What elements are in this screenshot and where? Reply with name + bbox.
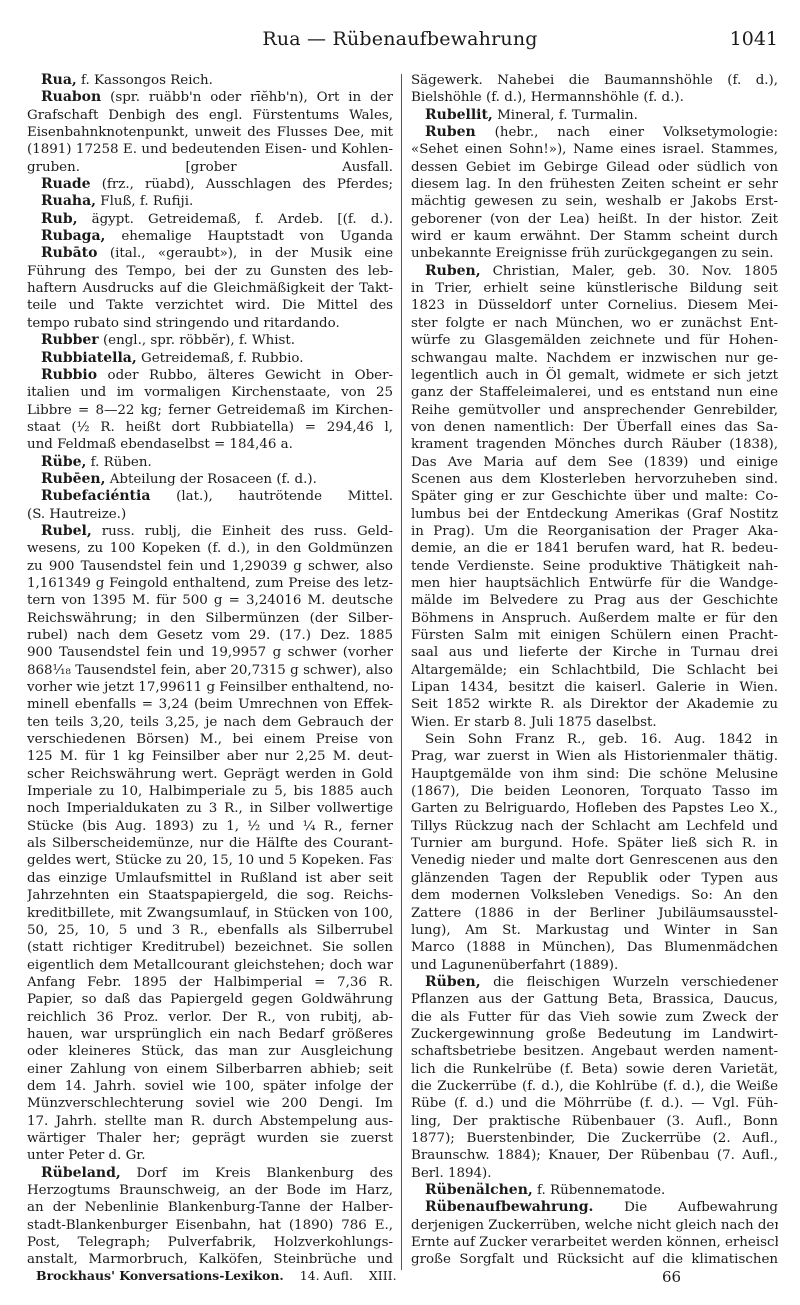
entry-text: unter Peter d. Gr.	[27, 1148, 145, 1163]
entry-headword-line: Ruabon (spr. ruäbb'n oder rīĕhb'n), Ort …	[27, 89, 393, 106]
entry-text: f. Rüben.	[86, 455, 151, 470]
text-line: mächtig gewesen zu sein, weshalb er Jako…	[411, 193, 778, 210]
text-line: Sägewerk. Nahebei die Baumannshöhle (f. …	[411, 72, 778, 89]
text-line: Böhmens in Anspruch. Außerdem malte er f…	[411, 610, 778, 627]
entry-text: Fürsten Salm mit einigen Schülern einen …	[411, 628, 778, 643]
text-line: 50, 25, 10, 5 und 3 R., ebenfalls als Si…	[27, 922, 393, 939]
entry-headword-line: Ruade (frz., rüabd), Ausschlagen des Pfe…	[27, 176, 393, 193]
entry-headword: Rubaga,	[41, 228, 105, 244]
entry-text: große Sorgfalt und Rücksicht auf die kli…	[411, 1252, 778, 1267]
text-line: noch Imperialdukaten zu 3 R., in Silber …	[27, 800, 393, 817]
entry-text: 1823 in Düsseldorf unter Cornelius. Dies…	[411, 298, 778, 313]
entry-text: Turnier am burgund. Hofe. Später ließ si…	[411, 836, 778, 851]
text-line: scher Reichswährung wert. Geprägt werden…	[27, 766, 393, 783]
entry-text: tempo rubato sind stringendo und ritarda…	[27, 316, 340, 331]
running-header: Rua — Rübenaufbewahrung 1041	[0, 28, 800, 52]
entry-text: (engl., spr. röbbĕr), f. Whist.	[99, 333, 295, 348]
text-line: haftern Ausdrucks auf die Gleichmäßigkei…	[27, 280, 393, 297]
entry-text: diesem lag. In den frühesten Zeiten sche…	[411, 177, 778, 192]
text-line: Seit 1852 wirkte R. als Direktor der Aka…	[411, 696, 778, 713]
text-line: kreditbillete, mit Zwangsumlauf, in Stüc…	[27, 905, 393, 922]
text-line: Wien. Er starb 8. Juli 1875 daselbst.	[411, 714, 778, 731]
text-line: 17. Jahrh. stellte man R. durch Abstempe…	[27, 1113, 393, 1130]
entry-headword: Rübe,	[41, 454, 86, 470]
text-line: zu 900 Tausendstel fein und 1,29039 g sc…	[27, 558, 393, 575]
text-line: Bielshöhle (f. d.), Hermannshöhle (f. d.…	[411, 89, 778, 106]
entry-headword: Rubēen,	[41, 471, 105, 487]
text-line: men hier hauptsächlich Entwürfe für die …	[411, 575, 778, 592]
entry-text: 125 M. für 1 kg Feinsilber aber nur 2,25…	[27, 749, 393, 764]
text-line: schwangau malte. Nachdem er inzwischen n…	[411, 350, 778, 367]
entry-text: lung), Am St. Markustag und Winter in Sa…	[411, 923, 778, 938]
text-line: staat (½ R. heißt dort Rubbiatella) = 29…	[27, 419, 393, 436]
entry-text: in Trier, erhielt seine künstlerische Bi…	[411, 281, 778, 296]
entry-text: dessen Gebiet im Gebirge Gilead oder süd…	[411, 160, 778, 175]
entry-text: oder Rubbo, älteres Gewicht in Ober-	[97, 368, 393, 383]
text-line: hauen, war ursprünglich ein nach Bedarf …	[27, 1026, 393, 1043]
entry-text: kreditbillete, mit Zwangsumlauf, in Stüc…	[27, 906, 393, 921]
text-line: Zattere (1886 in der Berliner Jubiläumsa…	[411, 905, 778, 922]
text-line: in Trier, erhielt seine künstlerische Bi…	[411, 280, 778, 297]
entry-text: ganz der Staffeleimalerei, und es entsta…	[411, 385, 778, 400]
text-line: die als Futter für das Vieh sowie zum Zw…	[411, 1009, 778, 1026]
text-line: als Silberscheidemünze, nur die Hälfte d…	[27, 835, 393, 852]
text-line: anstalt, Marmorbruch, Kalköfen, Steinbrü…	[27, 1251, 393, 1268]
entry-text: (S. Hautreize.)	[27, 507, 126, 522]
entry-text: (spr. ruäbb'n oder rīĕhb'n), Ort in der	[101, 90, 393, 105]
text-line: ten teils 3,20, teils 3,25, je nach dem …	[27, 714, 393, 731]
entry-text: tende Verdienste. Seine produktive Thäti…	[411, 559, 778, 574]
entry-text: Anfang Febr. 1895 der Halbimperial = 7,3…	[27, 975, 393, 990]
entry-text: die Zuckerrübe (f. d.), die Kohlrübe (f.…	[411, 1079, 778, 1094]
text-line: Garten zu Belriguardo, Hofleben des Paps…	[411, 800, 778, 817]
text-line: große Sorgfalt und Rücksicht auf die kli…	[411, 1251, 778, 1268]
entry-text: (ital., «geraubt»), in der Musik eine	[97, 246, 393, 261]
text-line: (statt richtiger Kreditrubel) bezeichnet…	[27, 939, 393, 956]
text-line: Pflanzen aus der Gattung Beta, Brassica,…	[411, 991, 778, 1008]
text-line: schaftsbetriebe besitzen. Angebaut werde…	[411, 1043, 778, 1060]
text-line: Anfang Febr. 1895 der Halbimperial = 7,3…	[27, 974, 393, 991]
entry-text: derjenigen Zuckerrüben, welche nicht gle…	[411, 1218, 778, 1233]
entry-headword-line: Rubber (engl., spr. röbbĕr), f. Whist.	[27, 332, 393, 349]
entry-text: an der Nebenlinie Blankenburg-Tanne der …	[27, 1200, 393, 1215]
entry-headword-line: Rübenaufbewahrung. Die Aufbewahrung	[411, 1199, 778, 1216]
entry-text: f. Rübennematode.	[533, 1183, 666, 1198]
entry-text: ehemalige Hauptstadt von Uganda	[105, 229, 393, 244]
left-column: Rua, f. Kassongos Reich.Ruabon (spr. ruä…	[27, 72, 393, 1269]
entry-headword: Rübeland,	[41, 1165, 121, 1181]
entry-headword: Rübenaufbewahrung.	[425, 1199, 593, 1215]
entry-text: als Silberscheidemünze, nur die Hälfte d…	[27, 836, 393, 851]
entry-text: wärtiger Thaler her; geprägt wurden sie …	[27, 1131, 393, 1146]
text-line: tende Verdienste. Seine produktive Thäti…	[411, 558, 778, 575]
text-line: (S. Hautreize.)	[27, 506, 393, 523]
text-line: dessen Gebiet im Gebirge Gilead oder süd…	[411, 159, 778, 176]
entry-text: staat (½ R. heißt dort Rubbiatella) = 29…	[27, 420, 393, 435]
entry-text: dem modernen Volksleben Venedigs. So: An…	[411, 888, 778, 903]
text-line: Lipan 1434, besitzt die kaiserl. Galerie…	[411, 679, 778, 696]
page-number: 1041	[730, 28, 778, 50]
text-line: Grafschaft Denbigh des engl. Fürstentums…	[27, 107, 393, 124]
entry-text: verschiedenen Börsen) M., bei einem Prei…	[27, 732, 393, 747]
right-column: Sägewerk. Nahebei die Baumannshöhle (f. …	[411, 72, 778, 1269]
entry-headword: Rubāto	[41, 245, 97, 261]
entry-text: ten teils 3,20, teils 3,25, je nach dem …	[27, 715, 393, 730]
text-line: Reihe gemütvoller und ansprechender Genr…	[411, 402, 778, 419]
entry-headword: Rub,	[41, 211, 77, 227]
text-line: geldes wert, Stücke zu 20, 15, 10 und 5 …	[27, 852, 393, 869]
text-line: 1877); Buerstenbinder, Die Zuckerrübe (2…	[411, 1130, 778, 1147]
entry-text: Braunschw. 1884); Knauer, Der Rübenbau (…	[411, 1148, 778, 1163]
entry-text: Christian, Maler, geb. 30. Nov. 1805	[481, 264, 778, 279]
entry-text: Jahrzehnten ein Staatspapiergeld, die so…	[27, 888, 393, 903]
entry-text: Ernte auf Zucker verarbeitet werden könn…	[411, 1235, 778, 1250]
entry-headword: Ruben	[425, 124, 476, 140]
text-line: in Prag). Um die Reorganisation der Prag…	[411, 523, 778, 540]
entry-text: Garten zu Belriguardo, Hofleben des Paps…	[411, 801, 778, 816]
text-line: (1867), Die beiden Leonoren, Torquato Ta…	[411, 783, 778, 800]
text-line: unbekannte Ereignisse früh zurückgegange…	[411, 245, 778, 262]
text-line: Hauptgemälde von ihm sind: Die schöne Me…	[411, 766, 778, 783]
entry-text: Das Ave Maria auf dem See (1839) und ein…	[411, 455, 778, 470]
entry-text: Scenen aus dem Klosterleben hervorzuhebe…	[411, 472, 778, 487]
entry-text: Prag, war zuerst in Wien als Historienma…	[411, 749, 778, 764]
text-line: Reichswährung; in den Silbermünzen (der …	[27, 610, 393, 627]
entry-headword-line: Rubbiatella, Getreidemaß, f. Rubbio.	[27, 350, 393, 367]
entry-text: das einzige Umlaufsmittel in Rußland ist…	[27, 871, 393, 886]
column-divider	[401, 74, 402, 1270]
text-line: Sein Sohn Franz R., geb. 16. Aug. 1842 i…	[411, 731, 778, 748]
text-line: wesens, zu 100 Kopeken (f. d.), in den G…	[27, 540, 393, 557]
entry-headword-line: Ruaha, Fluß, f. Rufiji.	[27, 193, 393, 210]
printer-signature: 66	[662, 1268, 681, 1286]
entry-text: Papier, so daß das Papiergeld gegen Gold…	[27, 992, 393, 1007]
text-line: Prag, war zuerst in Wien als Historienma…	[411, 748, 778, 765]
text-line: Stücke (bis Aug. 1893) zu 1, ½ und ¼ R.,…	[27, 818, 393, 835]
entry-text: Führung des Tempo, bei der zu Gunsten de…	[27, 264, 393, 279]
entry-text: reichlich 36 Proz. verlor. Der R., von r…	[27, 1010, 393, 1025]
entry-text: Bielshöhle (f. d.), Hermannshöhle (f. d.…	[411, 90, 684, 105]
text-line: italien und im vormaligen Kirchenstaate,…	[27, 384, 393, 401]
text-line: reichlich 36 Proz. verlor. Der R., von r…	[27, 1009, 393, 1026]
text-line: Fürsten Salm mit einigen Schülern einen …	[411, 627, 778, 644]
entry-headword: Ruben,	[425, 263, 481, 279]
text-line: oder kleineres Stück, das man zur Ausgle…	[27, 1043, 393, 1060]
entry-text: (hebr., nach einer Volksetymologie:	[476, 125, 778, 140]
text-line: lich die Runkelrübe (f. Beta) sowie dere…	[411, 1061, 778, 1078]
entry-text: schwangau malte. Nachdem er inzwischen n…	[411, 351, 778, 366]
entry-text: legentlich auch in Öl gemalt, widmete er…	[411, 368, 778, 383]
text-line: ling, Der praktische Rübenbauer (3. Aufl…	[411, 1113, 778, 1130]
entry-text: und Lagunenüberfahrt (1889).	[411, 958, 618, 973]
entry-text: rubel) nach dem Gesetz vom 29. (17.) Dez…	[27, 628, 393, 643]
entry-text: zu 900 Tausendstel fein und 1,29039 g sc…	[27, 559, 393, 574]
text-line: «Sehet einen Sohn!»), Name eines israel.…	[411, 141, 778, 158]
entry-text: lumbus bei der Entdeckung Amerikas (Graf…	[411, 507, 778, 522]
text-line: 900 Tausendstel fein und 19,9957 g schwe…	[27, 644, 393, 661]
text-line: von denen namentlich: Der Überfall eines…	[411, 419, 778, 436]
entry-text: Getreidemaß, f. Rubbio.	[137, 351, 304, 366]
entry-text: Zuckergewinnung große Bedeutung im Landw…	[411, 1027, 778, 1042]
text-line: Post, Telegraph; Pulverfabrik, Holzverko…	[27, 1234, 393, 1251]
entry-text: ling, Der praktische Rübenbauer (3. Aufl…	[411, 1114, 778, 1129]
text-line: stadt-Blankenburger Eisenbahn, hat (1890…	[27, 1217, 393, 1234]
entry-text: Eisenbahnknotenpunkt, unweit des Flusses…	[27, 125, 393, 140]
entry-text: mächtig gewesen zu sein, weshalb er Jako…	[411, 194, 778, 209]
text-line: Zuckergewinnung große Bedeutung im Landw…	[411, 1026, 778, 1043]
entry-text: minell ebenfalls = 3,24 (beim Umrechnen …	[27, 697, 393, 712]
entry-text: Pflanzen aus der Gattung Beta, Brassica,…	[411, 992, 778, 1007]
entry-text: Zattere (1886 in der Berliner Jubiläumsa…	[411, 906, 778, 921]
entry-text: ster folgte er nach München, wo er zunäc…	[411, 316, 778, 331]
entry-headword-line: Ruben (hebr., nach einer Volksetymologie…	[411, 124, 778, 141]
text-line: tempo rubato sind stringendo und ritarda…	[27, 315, 393, 332]
text-line: an der Nebenlinie Blankenburg-Tanne der …	[27, 1199, 393, 1216]
entry-text: 1877); Buerstenbinder, Die Zuckerrübe (2…	[411, 1131, 778, 1146]
text-line: lung), Am St. Markustag und Winter in Sa…	[411, 922, 778, 939]
entry-text: haftern Ausdrucks auf die Gleichmäßigkei…	[27, 281, 393, 296]
entry-text: italien und im vormaligen Kirchenstaate,…	[27, 385, 393, 400]
text-line: Libbre = 8—22 kg; ferner Getreidemaß im …	[27, 402, 393, 419]
text-line: lumbus bei der Entdeckung Amerikas (Graf…	[411, 506, 778, 523]
text-line: ganz der Staffeleimalerei, und es entsta…	[411, 384, 778, 401]
text-line: würfe zu Glasgemälden zeichnete und für …	[411, 332, 778, 349]
text-line: Tillys Rückzug nach der Schlacht am Lech…	[411, 818, 778, 835]
entry-text: Venedig nieder und malte dort Genrescene…	[411, 853, 778, 868]
entry-headword-line: Rübenälchen, f. Rübennematode.	[411, 1182, 778, 1199]
entry-text: Später ging er zur Geschichte über und m…	[411, 489, 778, 504]
entry-text: 50, 25, 10, 5 und 3 R., ebenfalls als Si…	[27, 923, 393, 938]
text-line: 1,161349 g Feingold enthaltend, zum Prei…	[27, 575, 393, 592]
text-line: rubel) nach dem Gesetz vom 29. (17.) Dez…	[27, 627, 393, 644]
entry-headword: Rubefaciéntia	[41, 488, 150, 504]
entry-headword: Rubber	[41, 332, 99, 348]
text-line: Venedig nieder und malte dort Genrescene…	[411, 852, 778, 869]
entry-text: f. Kassongos Reich.	[77, 73, 213, 88]
entry-text: (frz., rüabd), Ausschlagen des Pferdes;	[91, 177, 393, 192]
entry-text: 900 Tausendstel fein und 19,9957 g schwe…	[27, 645, 393, 660]
text-line: demie, an die er 1841 berufen ward, hat …	[411, 540, 778, 557]
text-line: Rübe (f. d.) und die Möhrrübe (f. d.). —…	[411, 1095, 778, 1112]
entry-headword: Rubbiatella,	[41, 350, 137, 366]
entry-headword-line: Ruben, Christian, Maler, geb. 30. Nov. 1…	[411, 263, 778, 280]
running-title: Rua — Rübenaufbewahrung	[0, 28, 800, 50]
text-line: die Zuckerrübe (f. d.), die Kohlrübe (f.…	[411, 1078, 778, 1095]
text-line: einer Zahlung von einem Silberbarren abh…	[27, 1061, 393, 1078]
entry-headword: Rüben,	[425, 974, 481, 990]
entry-text: Seit 1852 wirkte R. als Direktor der Aka…	[411, 697, 778, 712]
text-line: Führung des Tempo, bei der zu Gunsten de…	[27, 263, 393, 280]
entry-text: Mineral, f. Turmalin.	[493, 108, 638, 123]
entry-text: noch Imperialdukaten zu 3 R., in Silber …	[27, 801, 393, 816]
entry-text: Wien. Er starb 8. Juli 1875 daselbst.	[411, 715, 657, 730]
entry-text: demie, an die er 1841 berufen ward, hat …	[411, 541, 778, 556]
footer-edition: 14. Aufl.	[300, 1268, 353, 1283]
entry-headword-line: Rubbio oder Rubbo, älteres Gewicht in Ob…	[27, 367, 393, 384]
text-line: verschiedenen Börsen) M., bei einem Prei…	[27, 731, 393, 748]
entry-text: wird er kaum erwähnt. Der Stamm scheint …	[411, 229, 778, 244]
entry-text: (lat.), hautrötende Mittel.	[150, 489, 393, 504]
entry-text: würfe zu Glasgemälden zeichnete und für …	[411, 333, 778, 348]
text-line: und Feldmaß ebendaselbst = 184,46 a.	[27, 436, 393, 453]
text-line: wird er kaum erwähnt. Der Stamm scheint …	[411, 228, 778, 245]
entry-text: wesens, zu 100 Kopeken (f. d.), in den G…	[27, 541, 393, 556]
entry-headword: Rubel,	[41, 523, 92, 539]
entry-text: Münzverschlechterung soviel wie 200 Deng…	[27, 1096, 393, 1111]
entry-headword: Rua,	[41, 72, 77, 88]
entry-text: krament tragenden Mönches durch Räuber (…	[411, 437, 778, 452]
entry-headword-line: Rubellit, Mineral, f. Turmalin.	[411, 107, 778, 124]
entry-text: hauen, war ursprünglich ein nach Bedarf …	[27, 1027, 393, 1042]
entry-text: Altargemälde; ein Schlachtbild, Die Schl…	[411, 663, 778, 678]
entry-text: 868¹⁄₁₈ Tausendstel fein, aber 20,7315 g…	[27, 663, 393, 678]
text-line: minell ebenfalls = 3,24 (beim Umrechnen …	[27, 696, 393, 713]
text-line: derjenigen Zuckerrüben, welche nicht gle…	[411, 1217, 778, 1234]
text-line: das einzige Umlaufsmittel in Rußland ist…	[27, 870, 393, 887]
text-line: gruben. [grober Ausfall.	[27, 159, 393, 176]
entry-text: Reichswährung; in den Silbermünzen (der …	[27, 611, 393, 626]
entry-headword-line: Rubēen, Abteilung der Rosaceen (f. d.).	[27, 471, 393, 488]
text-line: Turnier am burgund. Hofe. Später ließ si…	[411, 835, 778, 852]
text-line: Papier, so daß das Papiergeld gegen Gold…	[27, 991, 393, 1008]
text-line: Braunschw. 1884); Knauer, Der Rübenbau (…	[411, 1147, 778, 1164]
text-line: und Lagunenüberfahrt (1889).	[411, 957, 778, 974]
text-line: Berl. 1894).	[411, 1165, 778, 1182]
entry-headword-line: Rub, ägypt. Getreidemaß, f. Ardeb. [(f. …	[27, 211, 393, 228]
entry-headword-line: Rubaga, ehemalige Hauptstadt von Uganda	[27, 228, 393, 245]
entry-text: Stücke (bis Aug. 1893) zu 1, ½ und ¼ R.,…	[27, 819, 393, 834]
text-line: Jahrzehnten ein Staatspapiergeld, die so…	[27, 887, 393, 904]
entry-headword: Ruaha,	[41, 193, 96, 209]
text-line: Das Ave Maria auf dem See (1839) und ein…	[411, 454, 778, 471]
text-line: vorher wie jetzt 17,99611 g Feinsilber e…	[27, 679, 393, 696]
entry-text: Lipan 1434, besitzt die kaiserl. Galerie…	[411, 680, 778, 695]
entry-text: Dorf im Kreis Blankenburg des	[121, 1166, 393, 1181]
entry-text: gruben. [grober Ausfall.	[27, 160, 393, 175]
entry-text: scher Reichswährung wert. Geprägt werden…	[27, 767, 393, 782]
entry-text: men hier hauptsächlich Entwürfe für die …	[411, 576, 778, 591]
entry-headword-line: Rubel, russ. rublj, die Einheit des russ…	[27, 523, 393, 540]
entry-headword-line: Rüben, die fleischigen Wurzeln verschied…	[411, 974, 778, 991]
entry-text: Imperiale zu 10, Halbimperiale zu 5, bis…	[27, 784, 393, 799]
text-line: unter Peter d. Gr.	[27, 1147, 393, 1164]
entry-text: Die Aufbewahrung	[593, 1200, 778, 1215]
text-line: ster folgte er nach München, wo er zunäc…	[411, 315, 778, 332]
entry-text: geborener (von der Lea) heißt. In der hi…	[411, 212, 778, 227]
text-line: saal aus und lieferte der Kirche in Turn…	[411, 644, 778, 661]
text-line: glänzenden Tagen der Republik oder Typen…	[411, 870, 778, 887]
entry-text: Grafschaft Denbigh des engl. Fürstentums…	[27, 108, 393, 123]
entry-text: und Feldmaß ebendaselbst = 184,46 a.	[27, 437, 293, 452]
entry-text: russ. rublj, die Einheit des russ. Geld-	[92, 524, 393, 539]
entry-text: Fluß, f. Rufiji.	[96, 194, 193, 209]
entry-text: schaftsbetriebe besitzen. Angebaut werde…	[411, 1044, 778, 1059]
text-line: 125 M. für 1 kg Feinsilber aber nur 2,25…	[27, 748, 393, 765]
text-line: tern von 1395 M. für 500 g = 3,24016 M. …	[27, 592, 393, 609]
text-line: legentlich auch in Öl gemalt, widmete er…	[411, 367, 778, 384]
entry-text: Hauptgemälde von ihm sind: Die schöne Me…	[411, 767, 778, 782]
text-line: krament tragenden Mönches durch Räuber (…	[411, 436, 778, 453]
entry-text: anstalt, Marmorbruch, Kalköfen, Steinbrü…	[27, 1252, 393, 1267]
text-line: Altargemälde; ein Schlachtbild, Die Schl…	[411, 662, 778, 679]
entry-text: eigentlich dem Metallcourant gleichstehe…	[27, 958, 393, 973]
text-line: geborener (von der Lea) heißt. In der hi…	[411, 211, 778, 228]
entry-text: (statt richtiger Kreditrubel) bezeichnet…	[27, 940, 393, 955]
entry-text: unbekannte Ereignisse früh zurückgegange…	[411, 246, 774, 261]
text-line: wärtiger Thaler her; geprägt wurden sie …	[27, 1130, 393, 1147]
entry-headword: Rubbio	[41, 367, 97, 383]
text-line: (1891) 17258 E. und bedeutenden Eisen- u…	[27, 141, 393, 158]
entry-headword-line: Rubefaciéntia (lat.), hautrötende Mittel…	[27, 488, 393, 505]
text-line: teile und Takte verzichtet wird. Die Mit…	[27, 297, 393, 314]
text-line: Herzogtums Braunschweig, an der Bode im …	[27, 1182, 393, 1199]
text-line: dem modernen Volksleben Venedigs. So: An…	[411, 887, 778, 904]
entry-headword-line: Rua, f. Kassongos Reich.	[27, 72, 393, 89]
text-line: diesem lag. In den frühesten Zeiten sche…	[411, 176, 778, 193]
entry-text: in Prag). Um die Reorganisation der Prag…	[411, 524, 778, 539]
entry-headword-line: Rübe, f. Rüben.	[27, 454, 393, 471]
text-line: mälde im Belvedere zu Prag aus der Gesch…	[411, 592, 778, 609]
text-line: dem 14. Jahrh. soviel wie 100, später in…	[27, 1078, 393, 1095]
entry-headword: Ruabon	[41, 89, 101, 105]
entry-text: Berl. 1894).	[411, 1166, 492, 1181]
entry-text: 17. Jahrh. stellte man R. durch Abstempe…	[27, 1114, 393, 1129]
entry-text: vorher wie jetzt 17,99611 g Feinsilber e…	[27, 680, 393, 695]
entry-text: lich die Runkelrübe (f. Beta) sowie dere…	[411, 1062, 778, 1077]
text-line: Ernte auf Zucker verarbeitet werden könn…	[411, 1234, 778, 1251]
text-line: Eisenbahnknotenpunkt, unweit des Flusses…	[27, 124, 393, 141]
entry-text: saal aus und lieferte der Kirche in Turn…	[411, 645, 778, 660]
entry-text: geldes wert, Stücke zu 20, 15, 10 und 5 …	[27, 853, 393, 868]
text-line: Imperiale zu 10, Halbimperiale zu 5, bis…	[27, 783, 393, 800]
entry-text: die als Futter für das Vieh sowie zum Zw…	[411, 1010, 778, 1025]
entry-text: dem 14. Jahrh. soviel wie 100, später in…	[27, 1079, 393, 1094]
entry-text: mälde im Belvedere zu Prag aus der Gesch…	[411, 593, 778, 608]
entry-text: Abteilung der Rosaceen (f. d.).	[105, 472, 316, 487]
entry-text: die fleischigen Wurzeln verschiedener	[481, 975, 778, 990]
entry-text: ägypt. Getreidemaß, f. Ardeb. [(f. d.).	[77, 212, 393, 227]
text-line: 868¹⁄₁₈ Tausendstel fein, aber 20,7315 g…	[27, 662, 393, 679]
text-line: eigentlich dem Metallcourant gleichstehe…	[27, 957, 393, 974]
entry-text: stadt-Blankenburger Eisenbahn, hat (1890…	[27, 1218, 393, 1233]
entry-headword-line: Rubāto (ital., «geraubt»), in der Musik …	[27, 245, 393, 262]
text-line: Scenen aus dem Klosterleben hervorzuhebe…	[411, 471, 778, 488]
entry-text: Rübe (f. d.) und die Möhrrübe (f. d.). —…	[411, 1096, 778, 1111]
entry-text: Reihe gemütvoller und ansprechender Genr…	[411, 403, 778, 418]
entry-text: Herzogtums Braunschweig, an der Bode im …	[27, 1183, 393, 1198]
text-line: Später ging er zur Geschichte über und m…	[411, 488, 778, 505]
footer-publisher: Brockhaus' Konversations-Lexikon.	[36, 1268, 284, 1283]
entry-text: (1891) 17258 E. und bedeutenden Eisen- u…	[27, 142, 393, 157]
entry-text: Sägewerk. Nahebei die Baumannshöhle (f. …	[411, 73, 778, 88]
text-line: 1823 in Düsseldorf unter Cornelius. Dies…	[411, 297, 778, 314]
entry-text: «Sehet einen Sohn!»), Name eines israel.…	[411, 142, 778, 157]
footer-volume: XIII.	[369, 1268, 397, 1283]
entry-headword-line: Rübeland, Dorf im Kreis Blankenburg des	[27, 1165, 393, 1182]
entry-text: oder kleineres Stück, das man zur Ausgle…	[27, 1044, 393, 1059]
footer-imprint: Brockhaus' Konversations-Lexikon. 14. Au…	[36, 1268, 397, 1283]
text-line: Marco (1888 in München), Das Blumenmädch…	[411, 939, 778, 956]
entry-text: glänzenden Tagen der Republik oder Typen…	[411, 871, 778, 886]
text-line: Münzverschlechterung soviel wie 200 Deng…	[27, 1095, 393, 1112]
entry-headword: Rübenälchen,	[425, 1182, 533, 1198]
entry-text: teile und Takte verzichtet wird. Die Mit…	[27, 298, 393, 313]
entry-text: Libbre = 8—22 kg; ferner Getreidemaß im …	[27, 403, 393, 418]
entry-text: Böhmens in Anspruch. Außerdem malte er f…	[411, 611, 778, 626]
entry-headword: Ruade	[41, 176, 91, 192]
entry-text: tern von 1395 M. für 500 g = 3,24016 M. …	[27, 593, 393, 608]
entry-text: einer Zahlung von einem Silberbarren abh…	[27, 1062, 393, 1077]
